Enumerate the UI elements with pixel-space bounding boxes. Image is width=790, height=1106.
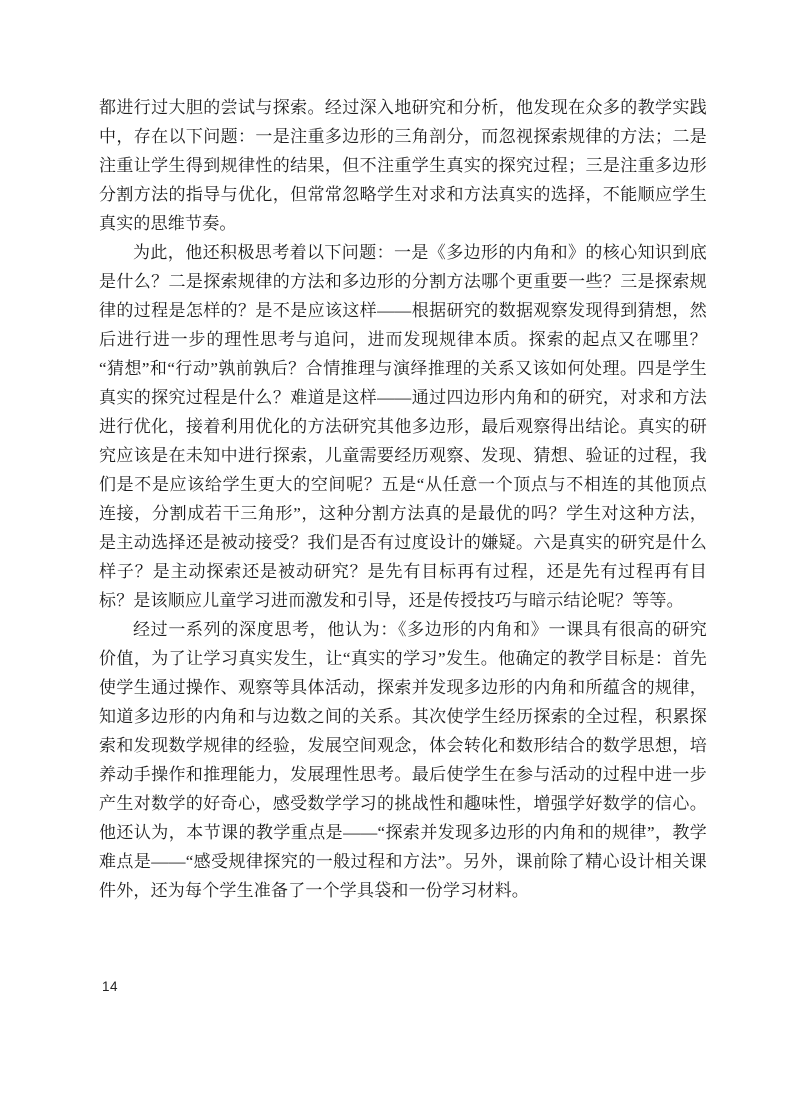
document-page: 都进行过大胆的尝试与探索。经过深入地研究和分析，他发现在众多的教学实践中，存在以… — [0, 0, 790, 1106]
paragraph-teaching-goals: 经过一系列的深度思考，他认为：《多边形的内角和》一课具有很高的研究价值，为了让学… — [99, 615, 707, 905]
text-block: 都进行过大胆的尝试与探索。经过深入地研究和分析，他发现在众多的教学实践中，存在以… — [99, 93, 707, 905]
page-number: 14 — [102, 979, 118, 994]
paragraph-continuation: 都进行过大胆的尝试与探索。经过深入地研究和分析，他发现在众多的教学实践中，存在以… — [99, 93, 707, 238]
paragraph-questions: 为此，他还积极思考着以下问题：一是《多边形的内角和》的核心知识到底是什么？二是探… — [99, 238, 707, 615]
